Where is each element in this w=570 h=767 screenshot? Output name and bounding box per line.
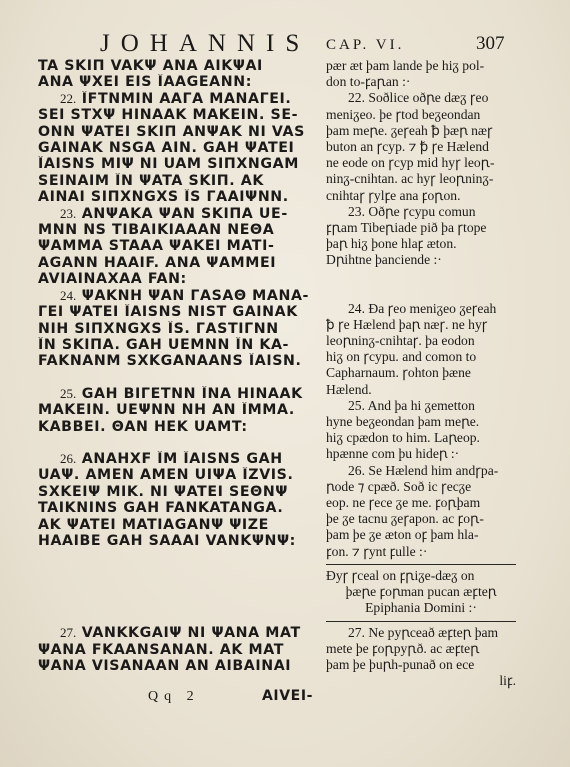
verse-number: 23.	[348, 204, 365, 219]
text-line: UAΨ. AMEN AMEN UIΨA ÏZVIS.	[38, 467, 314, 483]
text-line: SXKEIΨ MIK. NI ΨATEI SEΘNΨ	[38, 484, 314, 500]
book-page: JOHANNIS CAP. VI. 307 TA SKIП VAKΨ ANA A…	[0, 0, 570, 767]
verse-number: 27.	[348, 625, 365, 640]
text-line: hiᵹ cpædon to him. Laꞃeop.	[326, 430, 516, 446]
verse-line: 27. Ne pyꞃceað æꝼteꞃ þam	[326, 625, 516, 641]
verse-line: 26. Se Hælend him andꞅpa-	[326, 463, 516, 479]
text-line: eop. ne ꞅece ᵹe me. ꝼoꞃþam	[326, 495, 516, 511]
book-title: JOHANNIS	[100, 30, 310, 58]
text-line: þam meꞃe. ᵹeꞅeah ꝥ þæꞃ næꞅ	[326, 123, 516, 139]
verse-line: 22. Soðlice oðꞃe dæᵹ ꞅeo	[326, 90, 516, 106]
text-line: HAAIBE GAH SAAAI VANKΨNΨ:	[38, 533, 314, 549]
verse-line: 26. ANAHXF ÏM ÏAISNS GAH	[38, 451, 314, 467]
text-line: SEI STXΨ HINAAK MAKEIN. SE-	[38, 107, 314, 123]
text-line: cnihtaꞅ ꞅylꝼe ana ꝼoꞃon.	[326, 188, 516, 204]
text-line: mete þe ꝼoꞃpyꞃð. ac æꝼteꞃ	[326, 641, 516, 657]
text-line: MNN NS TIBAIKIAAAN NEΘA	[38, 222, 314, 238]
gothic-column: TA SKIП VAKΨ ANA AIKΨAI ANA ΨXEI EIS ÏAA…	[38, 58, 314, 675]
catchword: AIVEI-	[262, 688, 313, 704]
text-line: AGANN HAAIF. ANA ΨAMMEI	[38, 255, 314, 271]
divider-rule	[326, 564, 516, 565]
text-line: Dꞃihtne þanciende :·	[326, 252, 516, 268]
anglo-saxon-column: pær æt þam lande þe hiᵹ pol- don to-ꝼaꞃa…	[326, 58, 516, 689]
text-line: GAINAK NSGA AIN. GAH ΨATEI	[38, 140, 314, 156]
text-line: leoꞃninᵹ-cnihtaꞅ. þa eodon	[326, 333, 516, 349]
text-line: ΨAMMA STAAA ΨAKEI MATI-	[38, 238, 314, 254]
signature-mark: Qq 2	[148, 689, 200, 705]
spacer	[326, 269, 516, 285]
text-line: hiᵹ on ꞅcypu. and comon to	[326, 349, 516, 365]
verse-number: 27.	[60, 625, 76, 640]
rubric-line: Epiphania Domini :·	[326, 600, 516, 616]
verse-line: 25. GAH BIГETNN ÏNA HINAAK	[38, 386, 314, 402]
verse-line: 22. ÏFTNMIN AAГA MANAГEI.	[38, 91, 314, 107]
text-line: ГEI ΨATEI ÏAISNS NIST GAINAK	[38, 304, 314, 320]
text-line: TAIKNINS GAH FANKATANGA.	[38, 500, 314, 516]
verse-line: 24. ΨAKNH ΨAN ГASAΘ MANA-	[38, 288, 314, 304]
text-line: Capharnaum. ꞅohton þæne	[326, 365, 516, 381]
spacer	[38, 549, 314, 587]
text-line: liꝼ.	[326, 673, 516, 689]
rubric-line: þæꞃe ꝼoꞃman pucan æꝼteꞃ	[326, 584, 516, 600]
verse-number: 25.	[348, 398, 365, 413]
verse-number: 25.	[60, 386, 76, 401]
verse-number: 26.	[60, 451, 76, 466]
running-header: JOHANNIS CAP. VI. 307	[0, 30, 570, 58]
text-line: NIH SIПXNGXS ÏS. ГASTIГNN	[38, 321, 314, 337]
text-line: ne eode on ꞅcyp mid hyꞅ leoꞃ-	[326, 155, 516, 171]
verse-number: 22.	[348, 90, 365, 105]
text-line: ΨANA FKAANSANAN. AK MAT	[38, 642, 314, 658]
text-line: hpænne com þu hideꞃ :·	[326, 446, 516, 462]
verse-number: 23.	[60, 206, 76, 221]
verse-line: 23. Oðꞃe ꞅcypu comun	[326, 204, 516, 220]
text-line: FAKNANM SXKGANAANS ÏAISN.	[38, 353, 314, 369]
text-line: þam þe þuꞃh-punað on ece	[326, 657, 516, 673]
text-line: ꝼon. ⁊ ꞅynt ꝼulle :·	[326, 544, 516, 560]
text-line: ΨANA VISANAAN AN AIBAINAI	[38, 658, 314, 674]
text-line: MAKEIN. UEΨNN NH AN ÏMMA.	[38, 402, 314, 418]
text-line: don to-ꝼaꞃan :·	[326, 74, 516, 90]
text-line: ONN ΨATEI SKIП ANΨAK NI VAS	[38, 124, 314, 140]
text-line: SEINAIM ÏN ΨATA SKIП. AK	[38, 173, 314, 189]
verse-line: 27. VANKKGAIΨ NI ΨANA MAT	[38, 625, 314, 641]
spacer	[326, 285, 516, 301]
text-line: AINAI SIПXNGXS ÏS ГAAIΨNN.	[38, 189, 314, 205]
text-line: meniᵹeo. þe ꞅtod beᵹeondan	[326, 107, 516, 123]
verse-line: 25. And þa hi ᵹemetton	[326, 398, 516, 414]
verse-line: 24. Ða ꞅeo meniᵹeo ᵹeꞅeah	[326, 301, 516, 317]
spacer	[38, 587, 314, 625]
divider-rule	[326, 621, 516, 622]
text-line: ꝼꞃam Tibeꞃiade pið þa ꞅtope	[326, 220, 516, 236]
text-line: ÏAISNS MIΨ NI UAM SIПXNGAM	[38, 156, 314, 172]
text-line: buton an ꞅcyp. ⁊ ꝥ ꞅe Hælend	[326, 139, 516, 155]
text-line: ꝥ ꞅe Hælend þaꞃ næꞅ. ne hyꞅ	[326, 317, 516, 333]
text-line: þe ᵹe tacnu ᵹeꞅapon. ac ꝼoꞃ-	[326, 511, 516, 527]
page-number: 307	[476, 33, 505, 55]
text-line: ANA ΨXEI EIS ÏAAGEANN:	[38, 74, 314, 90]
text-line: KABBEI. ΘAN HEK UAMT:	[38, 419, 314, 435]
chapter-label: CAP. VI.	[326, 37, 404, 54]
text-line: AVIAINAXAA FAN:	[38, 271, 314, 287]
text-line: pær æt þam lande þe hiᵹ pol-	[326, 58, 516, 74]
spacer	[38, 435, 314, 451]
text-line: TA SKIП VAKΨ ANA AIKΨAI	[38, 58, 314, 74]
spacer	[38, 370, 314, 386]
rubric-line: Ðyꞅ ꞅceal on ꝼꞃiᵹe-dæᵹ on	[326, 568, 516, 584]
text-line: ꞃode ⁊ cpæð. Soð ic ꞅecᵹe	[326, 479, 516, 495]
verse-number: 26.	[348, 463, 365, 478]
text-line: ninᵹ-cnihtan. ac hyꞅ leoꞃninᵹ-	[326, 171, 516, 187]
text-line: þaꞃ hiᵹ þone hlaꝼ æton.	[326, 236, 516, 252]
text-line: hyne beᵹeondan þam meꞃe.	[326, 414, 516, 430]
verse-number: 22.	[60, 91, 76, 106]
verse-line: 23. ANΨAKA ΨAN SKIПA UE-	[38, 206, 314, 222]
text-line: þam þe ᵹe æton oꝼ þam hla-	[326, 527, 516, 543]
text-line: Hælend.	[326, 382, 516, 398]
verse-number: 24.	[60, 288, 76, 303]
text-line: AK ΨATEI MATIAGANΨ ΨIZE	[38, 517, 314, 533]
text-line: ÏN SKIПA. GAH UEMNN ÏN KA-	[38, 337, 314, 353]
verse-number: 24.	[348, 301, 365, 316]
